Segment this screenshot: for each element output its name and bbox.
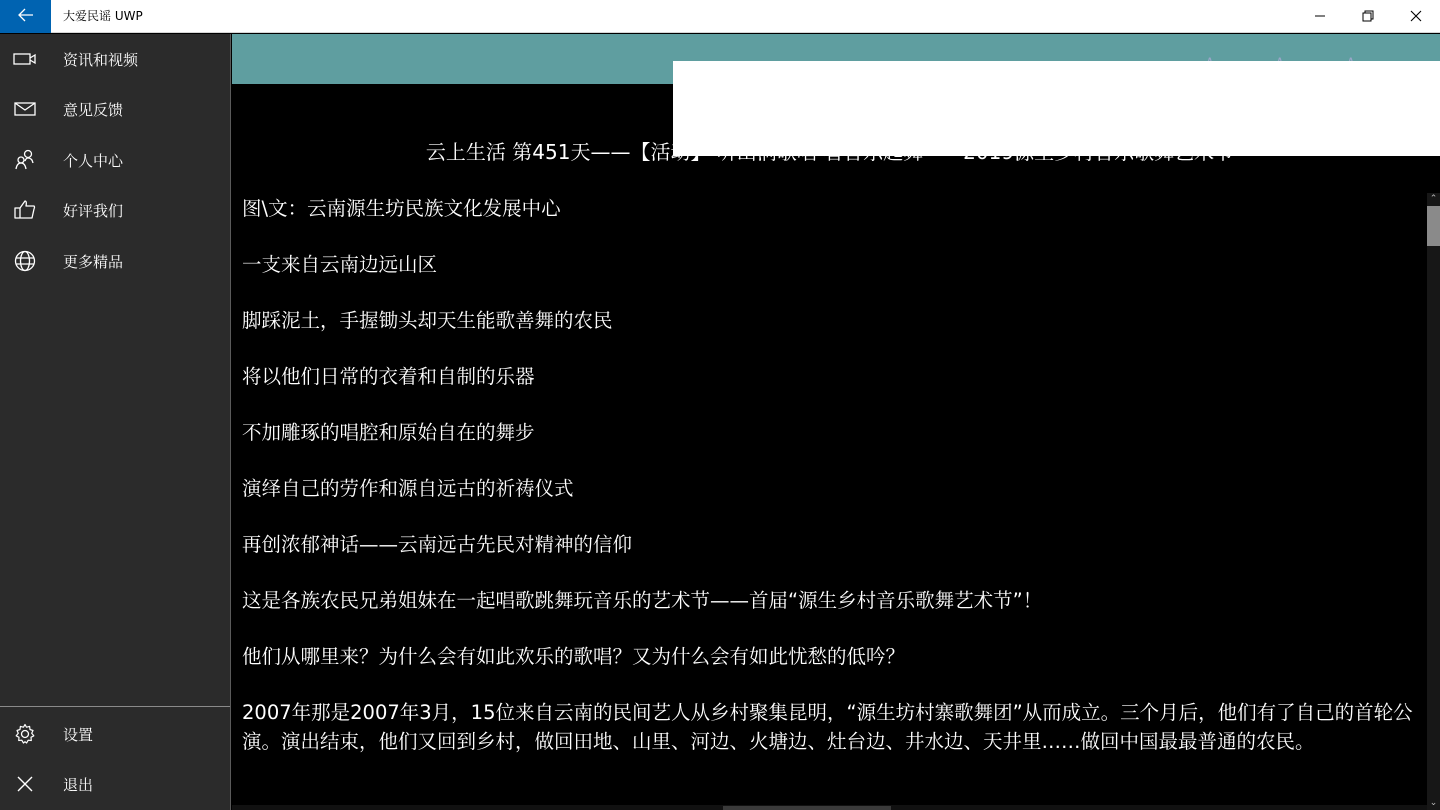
back-button[interactable] [0,0,51,33]
thumbs-up-icon [12,197,38,223]
sidebar-item-label: 设置 [63,724,93,745]
sidebar-item-label: 退出 [63,774,93,795]
video-camera-icon [12,46,38,72]
paragraph: 一支来自云南边远山区 [242,250,1422,279]
close-icon [12,771,38,797]
paragraph: 他们从哪里来？为什么会有如此欢乐的歌唱？又为什么会有如此忧愁的低吟？ [242,642,1422,671]
sidebar-item-rate-us[interactable]: 好评我们 [0,185,230,235]
sidebar-item-label: 更多精品 [63,251,123,272]
paragraph: 图\文：云南源生坊民族文化发展中心 [242,194,1422,223]
paragraph: 不加雕琢的唱腔和原始自在的舞步 [242,418,1422,447]
sidebar-item-label: 资讯和视频 [63,49,138,70]
sidebar-divider [0,706,230,707]
paragraph: 将以他们日常的衣着和自制的乐器 [242,362,1422,391]
close-icon [1410,7,1422,26]
sidebar-item-label: 好评我们 [63,200,123,221]
sidebar-item-feedback[interactable]: 意见反馈 [0,84,230,134]
restore-button[interactable] [1344,0,1392,33]
minimize-button[interactable] [1296,0,1344,33]
people-icon [12,147,38,173]
sidebar-nav: 资讯和视频 意见反馈 个人中心 好评我们 更多精品 设置 退出 [0,34,231,810]
scroll-down-icon[interactable]: ⌄ [1427,797,1440,810]
close-window-button[interactable] [1392,0,1440,33]
scrollbar-thumb[interactable] [1427,206,1440,246]
paragraph: 再创浓郁神话——云南远古先民对精神的信仰 [242,530,1422,559]
vertical-scrollbar[interactable]: ⌃ ⌄ [1427,193,1440,810]
scroll-up-icon[interactable]: ⌃ [1427,193,1440,206]
mail-icon [12,96,38,122]
gear-icon [12,721,38,747]
title-bar: 大爱民谣 UWP [0,0,1440,33]
sidebar-item-settings[interactable]: 设置 [0,709,230,759]
paragraph: 脚踩泥土，手握锄头却天生能歌善舞的农民 [242,306,1422,335]
sidebar-item-label: 意见反馈 [63,99,123,120]
sidebar-item-profile[interactable]: 个人中心 [0,135,230,185]
paragraph: 2007年那是2007年3月，15位来自云南的民间艺人从乡村聚集昆明，“源生坊村… [242,698,1422,756]
sidebar-item-more-apps[interactable]: 更多精品 [0,236,230,286]
overlay-panel [673,61,1440,156]
minimize-icon [1314,7,1326,26]
globe-icon [12,248,38,274]
sidebar-item-label: 个人中心 [63,150,123,171]
paragraph: 演绎自己的劳作和源自远古的祈祷仪式 [242,474,1422,503]
sidebar-item-exit[interactable]: 退出 [0,759,230,809]
horizontal-scrollbar[interactable] [232,805,1427,810]
arrow-left-icon [18,7,34,26]
restore-icon [1362,7,1374,26]
app-title: 大爱民谣 UWP [63,0,143,33]
scrollbar-thumb[interactable] [723,806,891,810]
main-content: ∧ ∧ ∧ 云上生活 第451天——【活动】 听山洞歌唱 看音乐起舞——2019… [232,34,1440,810]
sidebar-item-news-videos[interactable]: 资讯和视频 [0,34,230,84]
paragraph: 这是各族农民兄弟姐妹在一起唱歌跳舞玩音乐的艺术节——首届“源生乡村音乐歌舞艺术节… [242,586,1422,615]
